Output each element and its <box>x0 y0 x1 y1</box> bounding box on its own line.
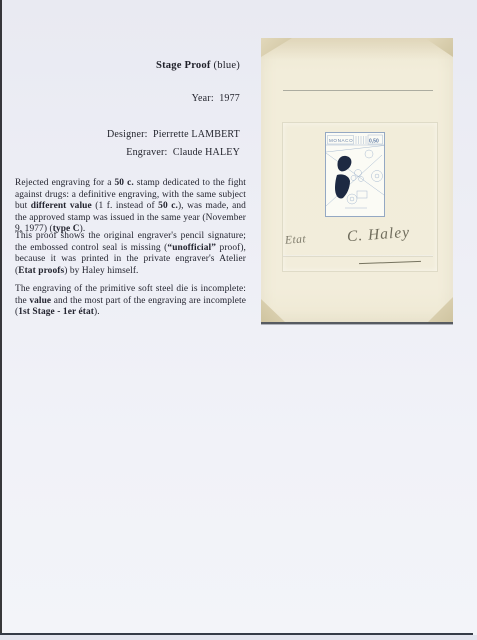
stamp-country-label: MONACO <box>329 138 353 143</box>
photo-corner-mount-icon <box>261 299 285 322</box>
scanned-document-page: Stage Proof (blue) Year: 1977 Designer: … <box>0 0 477 640</box>
year-line: Year: 1977 <box>192 93 240 104</box>
emboss-band <box>283 255 433 257</box>
pencil-note-etat: Etat <box>285 233 307 246</box>
engraver-line: Engraver: Claude HALEY <box>126 147 240 158</box>
paragraph-proof-signature: This proof shows the original engraver's… <box>15 231 246 277</box>
title-rest: (blue) <box>211 60 240 71</box>
proof-card-photo: MONACO 0,50 Etat C. Haley <box>261 38 453 324</box>
stamp-denomination-label: 0,50 <box>369 138 379 144</box>
stamp-proof-engraving: MONACO 0,50 <box>325 132 385 217</box>
paragraph-engraving-incomplete: The engraving of the primitive soft stee… <box>15 284 246 319</box>
designer-line: Designer: Pierrette LAMBERT <box>107 129 240 140</box>
scan-margin-bottom <box>0 635 477 640</box>
paragraph-rejected-engraving: Rejected engraving for a 50 c. stamp ded… <box>15 178 246 236</box>
photo-corner-mount-icon <box>428 297 453 322</box>
card-rule-line <box>283 90 433 91</box>
title-bold: Stage Proof <box>156 60 211 71</box>
photo-corner-mount-icon <box>261 38 292 57</box>
photo-corner-mount-icon <box>425 38 453 57</box>
header-block: Stage Proof (blue) Year: 1977 Designer: … <box>0 60 240 165</box>
page-title: Stage Proof (blue) <box>156 60 240 71</box>
